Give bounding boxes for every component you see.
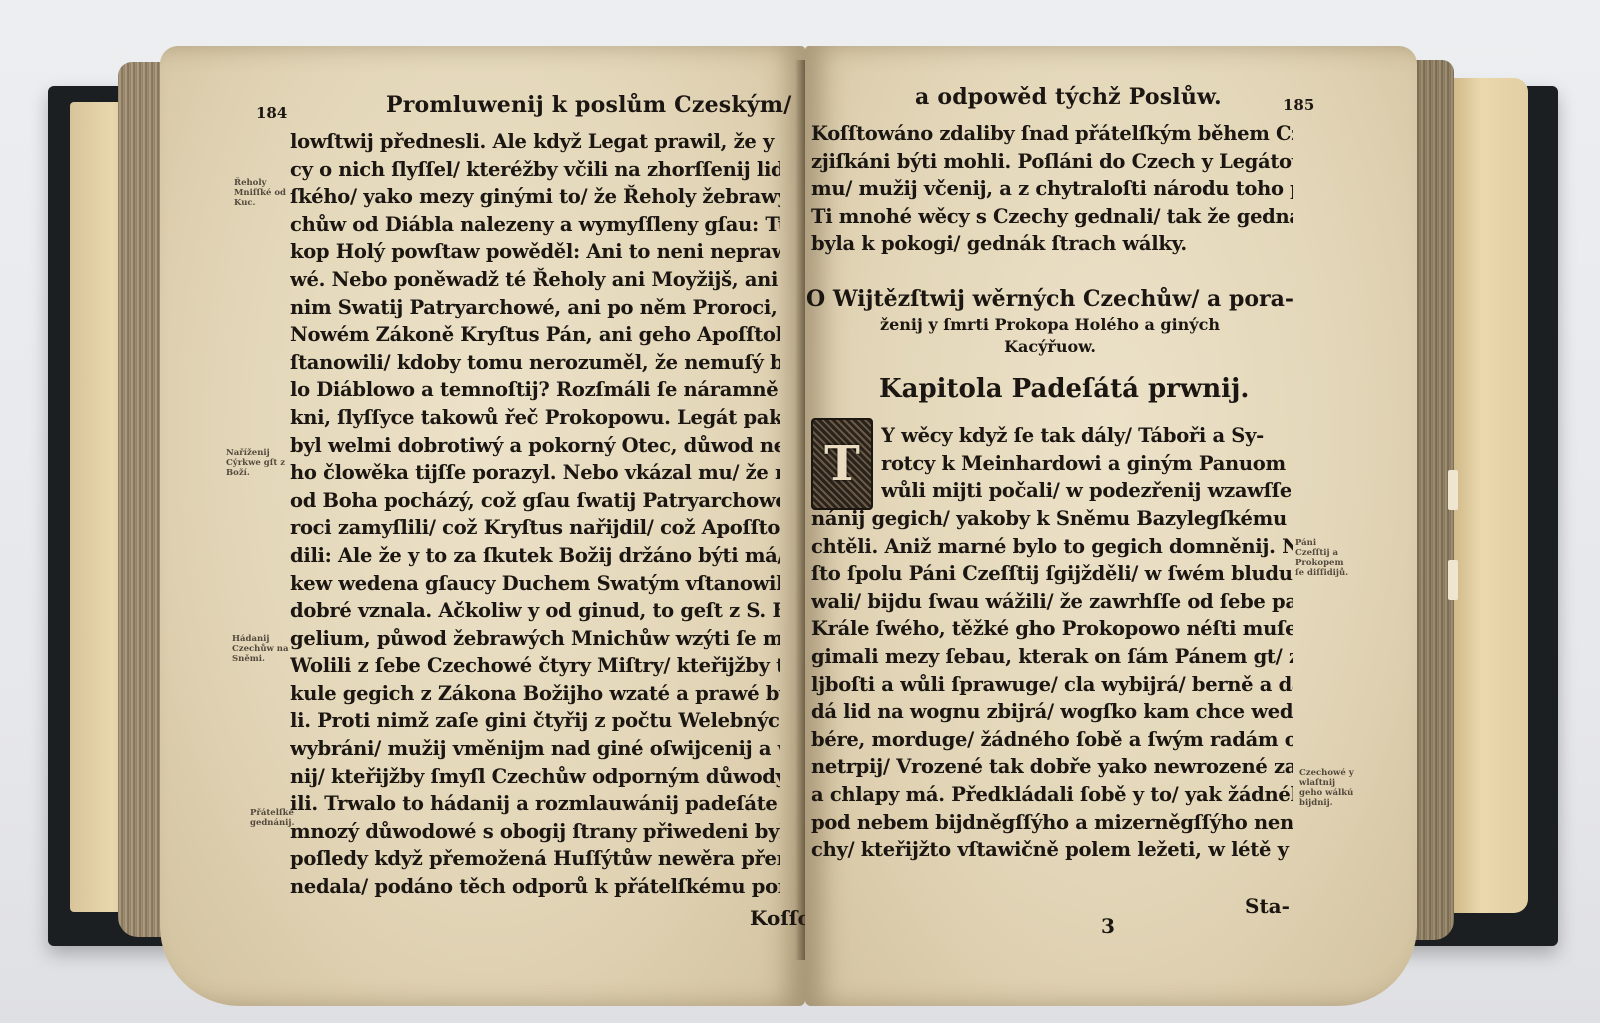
text-line: rotcy k Meinhardowi a giným Panuom z la- [881, 450, 1291, 478]
section-heading-line: ženij y ſmrti Prokopa Holého a giných [805, 314, 1295, 336]
text-line: ſto ſpolu Páni Czeſſtij ſgijžděli/ w ſwé… [811, 560, 1293, 588]
left-page: 184 Promluwenij k poslům Czeským/ Řeholy… [160, 46, 805, 1006]
text-line: byla k pokogi/ gednák ſtrach wálky. [811, 230, 1293, 258]
folio-number: 185 [1283, 96, 1314, 114]
right-body-block-indented: Y wěcy když ſe tak dály/ Táboři a Sy- ro… [881, 422, 1291, 505]
text-line: kew wedena gſaucy Duchem Swatým vſtanowi… [290, 570, 780, 598]
text-line: bére, morduge/ žádného ſobě a ſwým radám… [811, 726, 1293, 754]
left-text-block: lowſtwij přednesli. Ale když Legat prawi… [290, 128, 780, 901]
photo-scene: 184 Promluwenij k poslům Czeským/ Řeholy… [0, 0, 1600, 1023]
right-endpaper [1450, 78, 1528, 913]
right-top-text-block: Koſſtowáno zdaliby ſnad přátelſkým během… [811, 120, 1293, 258]
text-line: kop Holý powſtaw powěděl: Ani to neni ne… [290, 238, 780, 266]
running-head: a odpowěd týchž Poslůw. [915, 84, 1222, 110]
running-head: Promluwenij k poslům Czeským/ [386, 92, 792, 118]
text-line: netrpij/ Vrozené tak dobře yako newrozen… [811, 753, 1293, 781]
paper-tab-slip [1448, 470, 1458, 510]
text-line: nedala/ podáno těch odporů k přátelſkému… [290, 873, 780, 901]
margin-note: Czechowé y wlaſtnij geho wálkú bijdnij. [1299, 768, 1357, 808]
paper-tab-slip [1448, 560, 1458, 600]
folio-number: 184 [256, 104, 287, 122]
text-line: pod nebem bijdněgſſýho a mizerněgſſýho n… [811, 809, 1293, 837]
text-line: Ti mnohé wěcy s Czechy gednali/ tak že g… [811, 203, 1293, 231]
text-line: byl welmi dobrotiwý a pokorný Otec, důwo… [290, 432, 780, 460]
chapter-title: Kapitola Padeſátá prwnij. [879, 374, 1250, 404]
text-line: nij/ kteřijžby ſmyſl Czechůw odporným dů… [290, 763, 780, 791]
right-page: a odpowěd týchž Poslůw. 185 Koſſtowáno z… [805, 46, 1417, 1006]
initial-letter: T [824, 436, 860, 492]
text-line: Nowém Zákoně Kryſtus Pán, ani geho Apoſſ… [290, 321, 780, 349]
text-line: ho člowěka tijſſe porazyl. Nebo vkázal m… [290, 459, 780, 487]
text-line: Y wěcy když ſe tak dály/ Táboři a Sy- [881, 422, 1291, 450]
text-line: lo Diáblowo a temnoſtij? Rozſmáli ſe nár… [290, 376, 780, 404]
text-line: chtěli. Aniž marné bylo to gegich domněn… [811, 533, 1293, 561]
text-line: ſkého/ yako mezy ginými to/ že Řeholy že… [290, 183, 780, 211]
right-body-block: nánij gegich/ yakoby k Sněmu Bazylegſkém… [811, 505, 1293, 864]
text-line: nim Swatij Patryarchowé, ani po něm Pror… [290, 294, 780, 322]
text-line: wybráni/ mužij vměnijm nad giné oſwijcen… [290, 735, 780, 763]
text-line: nánij gegich/ yakoby k Sněmu Bazylegſkém… [811, 505, 1293, 533]
text-line: Wolili z ſebe Czechowé čtyry Miſtry/ kte… [290, 652, 780, 680]
text-line: dobré vznala. Ačkoliw y od ginud, to geſ… [290, 597, 780, 625]
margin-note: Hádanij Czechůw na Sněmi. [232, 634, 296, 664]
text-line: zjiſkáni býti mohli. Poſláni do Czech y … [811, 148, 1293, 176]
text-line: cy o nich ſlyſſel/ kteréžby včili na zho… [290, 156, 780, 184]
text-line: gelium, půwod žebrawých Mnichůw wzýti ſe… [290, 625, 780, 653]
text-line: roci zamyſlili/ což Kryſtus nařijdil/ co… [290, 514, 780, 542]
margin-note: Řeholy Mniſſké od Kuc. [234, 178, 298, 208]
text-line: ljboſti a wůli ſprawuge/ cla wybijrá/ be… [811, 671, 1293, 699]
text-line: Koſſtowáno zdaliby ſnad přátelſkým během… [811, 120, 1293, 148]
text-line: mu/ mužij včenij, a z chytraloſti národu… [811, 175, 1293, 203]
text-line: gimali mezy ſebau, kterak on ſám Pánem g… [811, 643, 1293, 671]
text-line: a chlapy má. Předkládali ſobě y to/ yak … [811, 781, 1293, 809]
text-line: od Boha pocházý, což gſau ſwatij Patryar… [290, 487, 780, 515]
text-line: wůli mijti počali/ w podezřenij wzawſſe … [881, 477, 1291, 505]
text-line: chy/ kteřijžto vſtawičně polem ležeti, w… [811, 836, 1293, 864]
text-line: kule gegich z Zákona Božijho wzaté a pra… [290, 680, 780, 708]
decorated-initial: T [811, 418, 873, 510]
text-line: kni, ſlyſſyce takowů řeč Prokopowu. Legá… [290, 404, 780, 432]
margin-note: Naříženij Cýrkwe gſt z Boží. [226, 448, 290, 478]
section-heading-line: O Wijtězſtwij wěrných Czechůw/ a pora- [805, 284, 1295, 314]
text-line: ili. Trwalo to hádanij a rozmlauwánij pa… [290, 790, 780, 818]
text-line: Krále ſwého, těžké gho Prokopowo néſti m… [811, 615, 1293, 643]
text-line: chůw od Diábla nalezeny a wymyſſleny gſa… [290, 211, 780, 239]
section-heading-line: Kacýřuow. [805, 336, 1295, 358]
text-line: wali/ bijdu ſwau wážili/ že zawrhſſe od … [811, 588, 1293, 616]
text-line: mnozý důwodowé s obogij ſtrany přiwedeni… [290, 818, 780, 846]
margin-note: Páni Czeſſtij a Prokopem ſe diſſidijů. [1295, 538, 1353, 578]
text-line: wé. Nebo poněwadž té Řeholy ani Moyžijš,… [290, 266, 780, 294]
signature-mark: 3 [1101, 914, 1115, 938]
text-line: poſledy když přemožená Huſſýtůw newěra p… [290, 845, 780, 873]
text-line: dili: Ale že y to za ſkutek Božij držáno… [290, 542, 780, 570]
section-heading: O Wijtězſtwij wěrných Czechůw/ a pora- ž… [805, 284, 1295, 358]
text-line: dá lid na wognu zbijrá/ wogſko kam chce … [811, 698, 1293, 726]
text-line: ſtanowili/ kdoby tomu nerozuměl, že nemu… [290, 349, 780, 377]
text-line: lowſtwij přednesli. Ale když Legat prawi… [290, 128, 780, 156]
text-line: li. Proti nimž zaſe gini čtyřij z počtu … [290, 707, 780, 735]
catchword: Sta- [1245, 894, 1290, 918]
